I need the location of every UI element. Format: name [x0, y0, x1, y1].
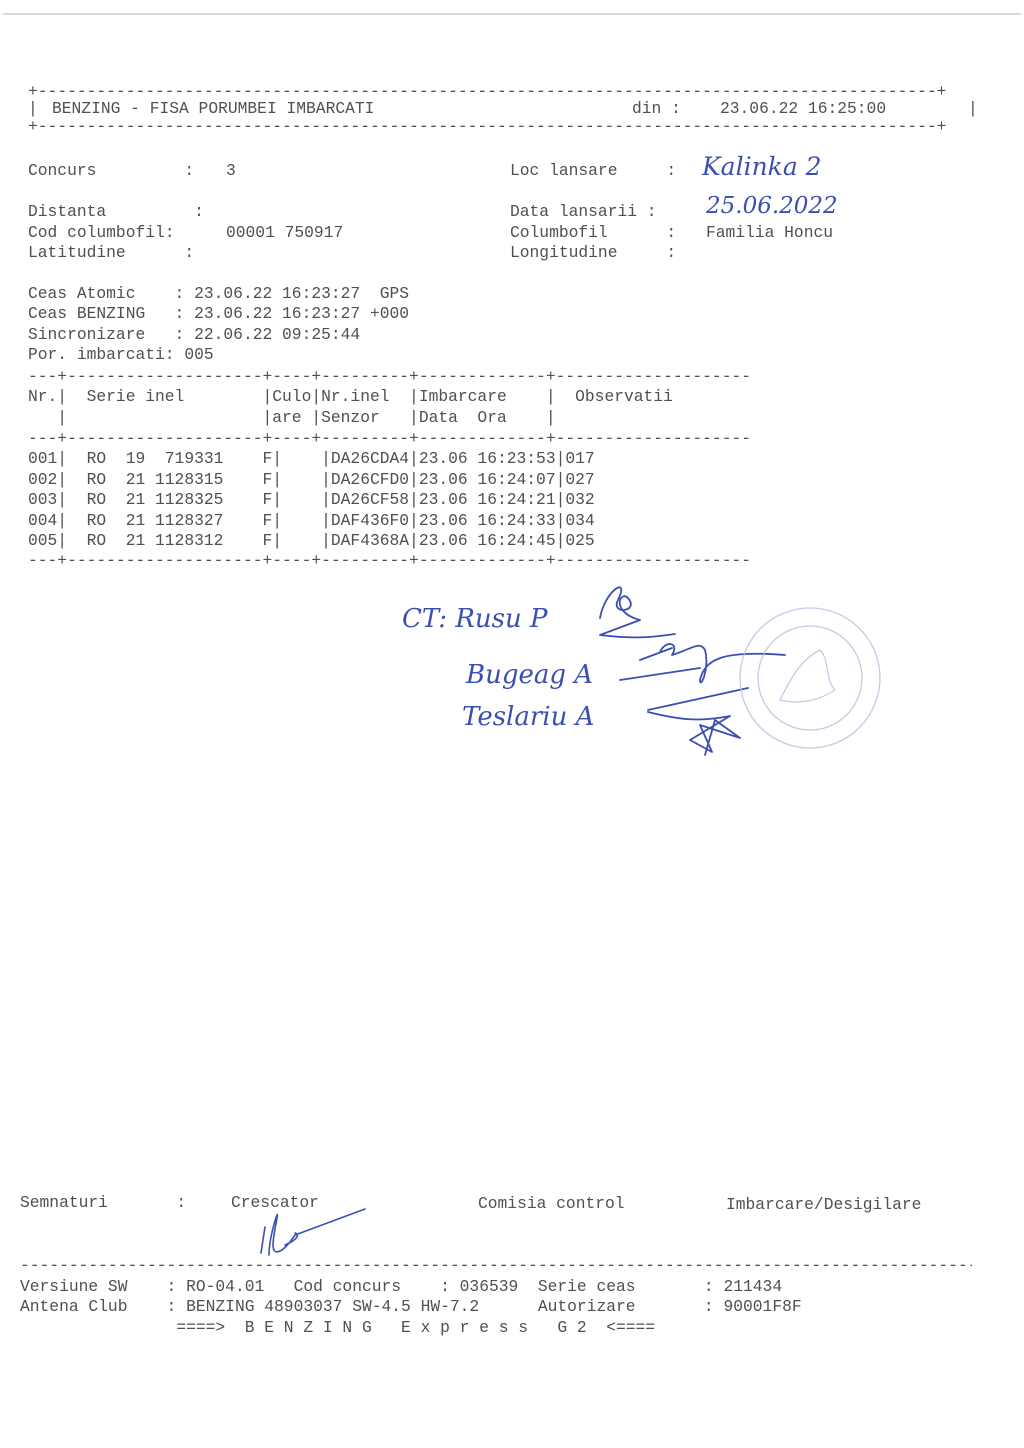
semnaturi-label: Semnaturi :	[20, 1193, 186, 1214]
comisia-control-label: Comisia control	[478, 1194, 625, 1215]
footer-line-software: Versiune SW : RO-04.01 Cod concurs : 036…	[20, 1277, 782, 1298]
imbarcare-desigilare-label: Imbarcare/Desigilare	[726, 1195, 921, 1216]
crescator-signature-icon	[255, 1205, 375, 1260]
footer-line-brand: ====> B E N Z I N G E x p r e s s G 2 <=…	[20, 1318, 655, 1339]
signature-scribbles-icon	[0, 0, 1024, 1448]
footer-line-antena: Antena Club : BENZING 48903037 SW-4.5 HW…	[20, 1297, 802, 1318]
footer-divider: ----------------------------------------…	[20, 1256, 972, 1277]
